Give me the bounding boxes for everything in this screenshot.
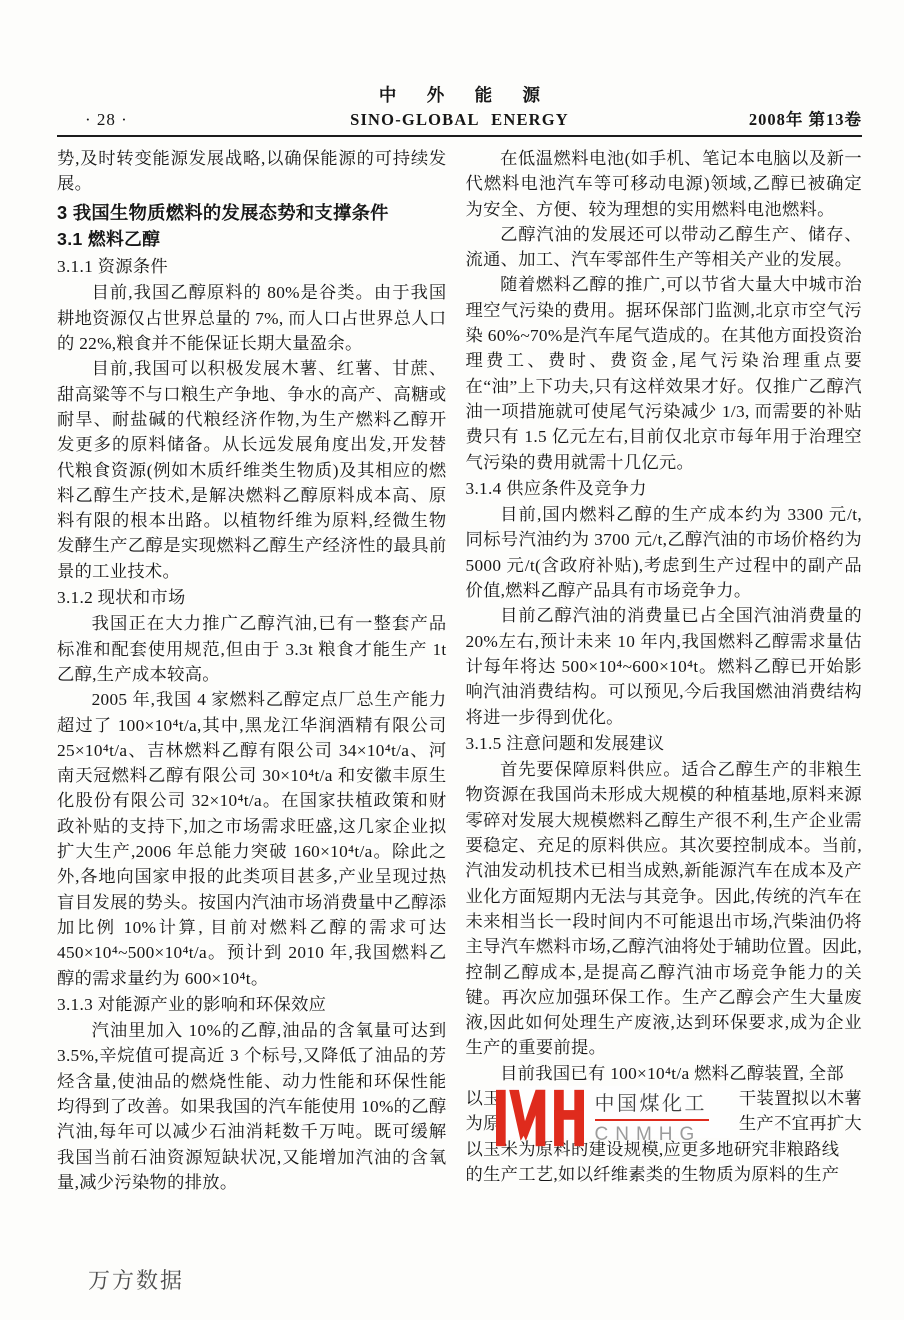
section-heading-3-1-1: 3.1.1 资源条件 <box>57 254 447 279</box>
wanfang-data-watermark: 万方数据 <box>88 1264 184 1295</box>
paragraph: 我国正在大力推广乙醇汽油,已有一整套产品标准和配套使用规范,但由于 3.3t 粮… <box>57 611 447 687</box>
watermark-text-block: 中国煤化工 CNMHG <box>595 1086 710 1146</box>
text-line: 的生产工艺,如以纤维素类的生物质为原料的生产 <box>466 1162 863 1187</box>
paragraph-partially-covered: 目前我国已有 100×10⁴t/a 燃料乙醇装置, 全部 以玉 干装置拟以木薯 … <box>466 1061 863 1187</box>
journal-title-block: 中 外 能 源 SINO-GLOBAL ENERGY <box>350 82 569 130</box>
paragraph: 乙醇汽油的发展还可以带动乙醇生产、储存、流通、加工、汽车零部件生产等相关产业的发… <box>466 222 863 273</box>
header-rule <box>57 135 862 137</box>
page-header: · 28 · 中 外 能 源 SINO-GLOBAL ENERGY 2008年 … <box>57 0 862 137</box>
section-heading-3-1: 3.1 燃料乙醇 <box>57 227 447 252</box>
journal-title-en: SINO-GLOBAL ENERGY <box>350 110 569 130</box>
section-heading-3-1-4: 3.1.4 供应条件及竞争力 <box>466 476 863 501</box>
journal-page-scan: · 28 · 中 外 能 源 SINO-GLOBAL ENERGY 2008年 … <box>0 0 904 1320</box>
text-fragment: 生产不宜再扩大 <box>739 1111 862 1136</box>
paragraph: 随着燃料乙醇的推广,可以节省大量大中城市治理空气污染的费用。据环保部门监测,北京… <box>466 272 863 474</box>
paragraph: 首先要保障原料供应。适合乙醇生产的非粮生物资源在我国尚未形成大规模的种植基地,原… <box>466 757 863 1061</box>
paragraph: 目前,我国可以积极发展木薯、红薯、甘蔗、甜高粱等不与口粮生产争地、争水的高产、高… <box>57 356 447 584</box>
section-heading-3-1-3: 3.1.3 对能源产业的影响和环保效应 <box>57 992 447 1017</box>
paragraph: 在低温燃料电池(如手机、笔记本电脑以及新一代燃料电池汽车等可移动电源)领域,乙醇… <box>466 146 863 222</box>
section-heading-3-1-2: 3.1.2 现状和市场 <box>57 585 447 610</box>
text-fragment: 干装置拟以木薯 <box>739 1086 862 1111</box>
coal-chem-logo-icon <box>496 1089 584 1147</box>
watermark-title: 中国煤化工 <box>595 1086 710 1121</box>
journal-title-cn: 中 外 能 源 <box>350 82 569 107</box>
paragraph: 目前,国内燃料乙醇的生产成本约为 3300 元/t,同标号汽油约为 3700 元… <box>466 502 863 603</box>
paragraph: 势,及时转变能源发展战略,以确保能源的可持续发展。 <box>57 146 447 197</box>
cnmhg-watermark: 中国煤化工 CNMHG <box>496 1086 730 1138</box>
text-line: 目前我国已有 100×10⁴t/a 燃料乙醇装置, 全部 <box>466 1061 863 1086</box>
paragraph: 汽油里加入 10%的乙醇,油品的含氧量可达到 3.5%,辛烷值可提高近 3 个标… <box>57 1018 447 1195</box>
section-heading-3-1-5: 3.1.5 注意问题和发展建议 <box>466 731 863 756</box>
paragraph: 2005 年,我国 4 家燃料乙醇定点厂总生产能力超过了 100×10⁴t/a,… <box>57 687 447 991</box>
article-body: 势,及时转变能源发展战略,以确保能源的可持续发展。 3 我国生物质燃料的发展态势… <box>57 146 862 1195</box>
paragraph: 目前乙醇汽油的消费量已占全国汽油消费量的 20%左右,预计未来 10 年内,我国… <box>466 603 863 729</box>
right-column: 在低温燃料电池(如手机、笔记本电脑以及新一代燃料电池汽车等可移动电源)领域,乙醇… <box>466 146 863 1195</box>
page-number: · 28 · <box>57 110 128 130</box>
left-column: 势,及时转变能源发展战略,以确保能源的可持续发展。 3 我国生物质燃料的发展态势… <box>57 146 447 1195</box>
section-heading-3: 3 我国生物质燃料的发展态势和支撑条件 <box>57 200 447 225</box>
paragraph: 目前,我国乙醇原料的 80%是谷类。由于我国耕地资源仅占世界总量的 7%, 而人… <box>57 280 447 356</box>
issue-info: 2008年 第13卷 <box>749 106 862 130</box>
watermark-subtitle: CNMHG <box>595 1124 710 1146</box>
